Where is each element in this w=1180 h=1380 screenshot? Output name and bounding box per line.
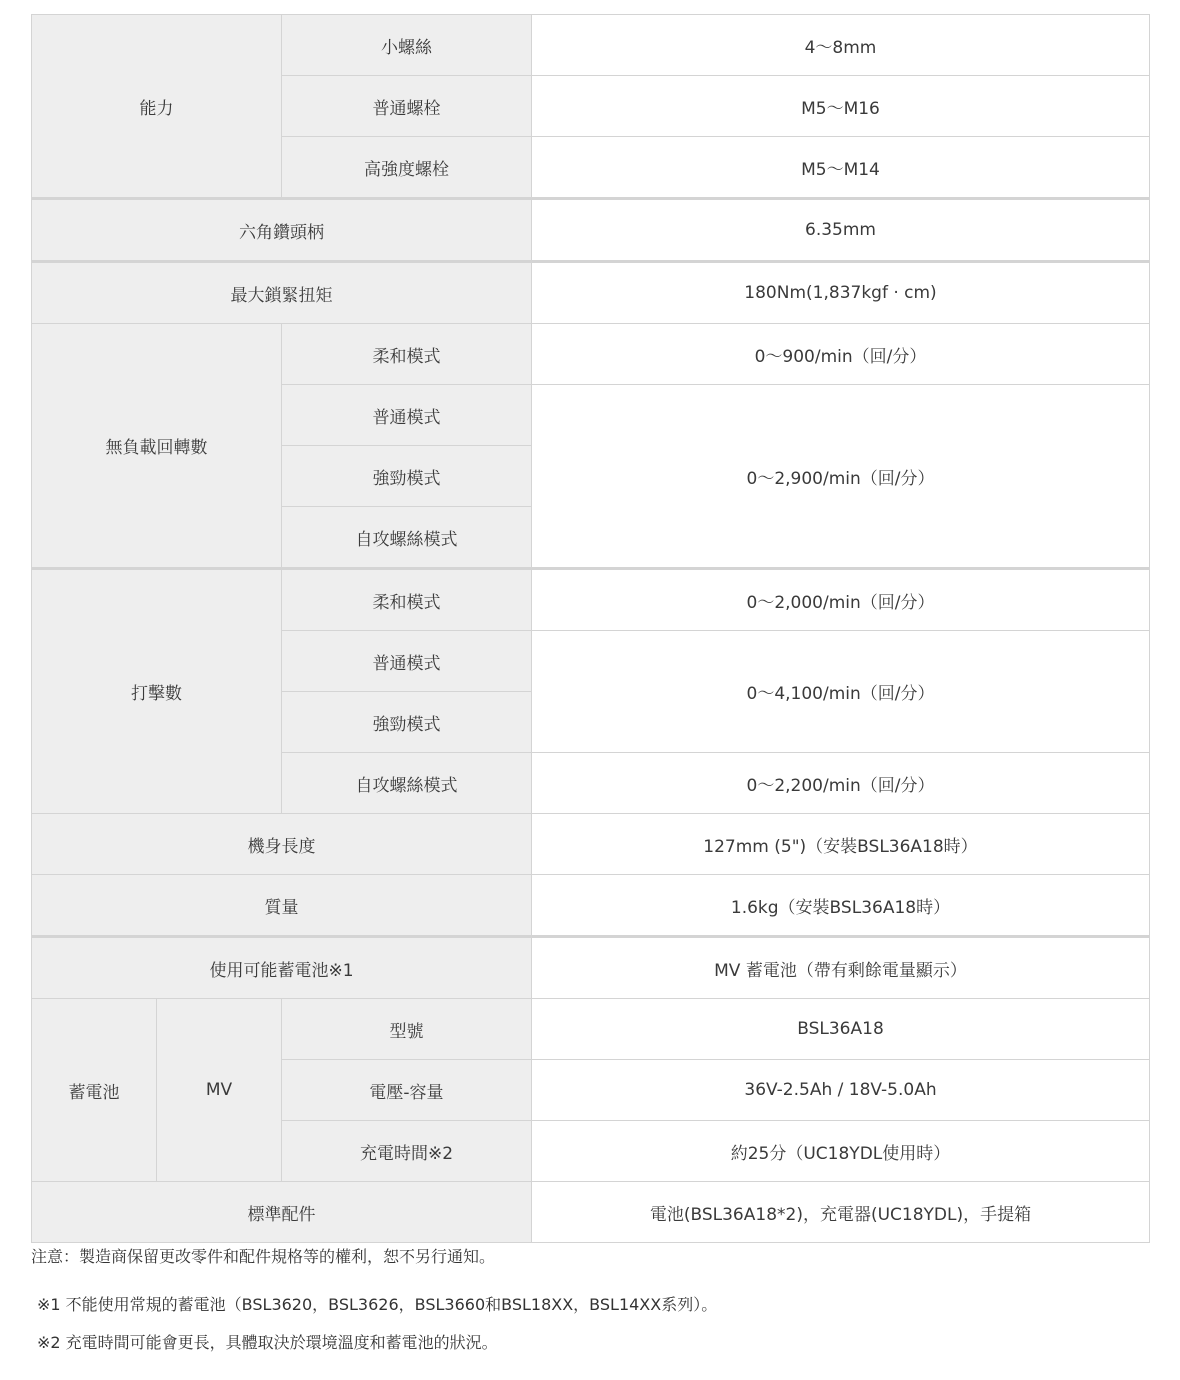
no-load-speed-label: 無負載回轉數 (32, 324, 282, 569)
capacity-small-screw-value: 4～8mm (532, 15, 1150, 76)
impact-tapping-value: 0～2,200/min（回/分） (532, 753, 1150, 814)
table-row: 標準配件 電池(BSL36A18*2)，充電器(UC18YDL)，手提箱 (32, 1182, 1150, 1243)
table-row: 機身長度 127mm (5")（安裝BSL36A18時） (32, 814, 1150, 875)
hex-shank-label: 六角鑽頭柄 (32, 199, 532, 262)
table-row: 能力 小螺絲 4～8mm (32, 15, 1150, 76)
notes: 注意：製造商保留更改零件和配件規格等的權利，恕不另行通知。 ※1 不能使用常規的… (31, 1243, 717, 1357)
hex-shank-value: 6.35mm (532, 199, 1150, 262)
battery-voltage-label: 電壓-容量 (282, 1060, 532, 1121)
table-row: 使用可能蓄電池※1 MV 蓄電池（帶有剩餘電量顯示） (32, 937, 1150, 999)
body-length-label: 機身長度 (32, 814, 532, 875)
no-load-normal-label: 普通模式 (282, 385, 532, 446)
impact-soft-value: 0～2,000/min（回/分） (532, 569, 1150, 631)
footnote-2: ※2 充電時間可能會更長，具體取決於環境溫度和蓄電池的狀況。 (37, 1329, 717, 1357)
standard-accessories-value: 電池(BSL36A18*2)，充電器(UC18YDL)，手提箱 (532, 1182, 1150, 1243)
spec-table: 能力 小螺絲 4～8mm 普通螺栓 M5～M16 高強度螺栓 M5～M14 六角… (31, 14, 1150, 1243)
impact-soft-label: 柔和模式 (282, 569, 532, 631)
battery-type-label: MV (157, 999, 282, 1182)
mass-value: 1.6kg（安裝BSL36A18時） (532, 875, 1150, 937)
usable-battery-label: 使用可能蓄電池※1 (32, 937, 532, 999)
battery-model-label: 型號 (282, 999, 532, 1060)
no-load-merged-value: 0～2,900/min（回/分） (532, 385, 1150, 569)
table-row: 最大鎖緊扭矩 180Nm(1,837kgf · cm) (32, 262, 1150, 324)
capacity-bolt-label: 普通螺栓 (282, 76, 532, 137)
impact-normal-label: 普通模式 (282, 631, 532, 692)
table-row: 蓄電池 MV 型號 BSL36A18 (32, 999, 1150, 1060)
capacity-hs-bolt-label: 高強度螺栓 (282, 137, 532, 199)
impact-power-label: 強勁模式 (282, 692, 532, 753)
max-torque-label: 最大鎖緊扭矩 (32, 262, 532, 324)
capacity-bolt-value: M5～M16 (532, 76, 1150, 137)
table-row: 打擊數 柔和模式 0～2,000/min（回/分） (32, 569, 1150, 631)
capacity-hs-bolt-value: M5～M14 (532, 137, 1150, 199)
table-row: 無負載回轉數 柔和模式 0～900/min（回/分） (32, 324, 1150, 385)
battery-charge-time-label: 充電時間※2 (282, 1121, 532, 1182)
body-length-value: 127mm (5")（安裝BSL36A18時） (532, 814, 1150, 875)
no-load-tapping-label: 自攻螺絲模式 (282, 507, 532, 569)
battery-charge-time-value: 約25分（UC18YDL使用時） (532, 1121, 1150, 1182)
capacity-label: 能力 (32, 15, 282, 199)
usable-battery-value: MV 蓄電池（帶有剩餘電量顯示） (532, 937, 1150, 999)
table-row: 六角鑽頭柄 6.35mm (32, 199, 1150, 262)
battery-voltage-value: 36V-2.5Ah / 18V-5.0Ah (532, 1060, 1150, 1121)
capacity-small-screw-label: 小螺絲 (282, 15, 532, 76)
table-row: 質量 1.6kg（安裝BSL36A18時） (32, 875, 1150, 937)
impact-rate-label: 打擊數 (32, 569, 282, 814)
max-torque-value: 180Nm(1,837kgf · cm) (532, 262, 1150, 324)
mass-label: 質量 (32, 875, 532, 937)
no-load-soft-label: 柔和模式 (282, 324, 532, 385)
no-load-power-label: 強勁模式 (282, 446, 532, 507)
disclaimer-text: 注意：製造商保留更改零件和配件規格等的權利，恕不另行通知。 (31, 1243, 717, 1271)
battery-model-value: BSL36A18 (532, 999, 1150, 1060)
standard-accessories-label: 標準配件 (32, 1182, 532, 1243)
battery-label: 蓄電池 (32, 999, 157, 1182)
no-load-soft-value: 0～900/min（回/分） (532, 324, 1150, 385)
impact-tapping-label: 自攻螺絲模式 (282, 753, 532, 814)
footnote-1: ※1 不能使用常規的蓄電池（BSL3620，BSL3626，BSL3660和BS… (37, 1291, 717, 1319)
impact-merged-value: 0～4,100/min（回/分） (532, 631, 1150, 753)
